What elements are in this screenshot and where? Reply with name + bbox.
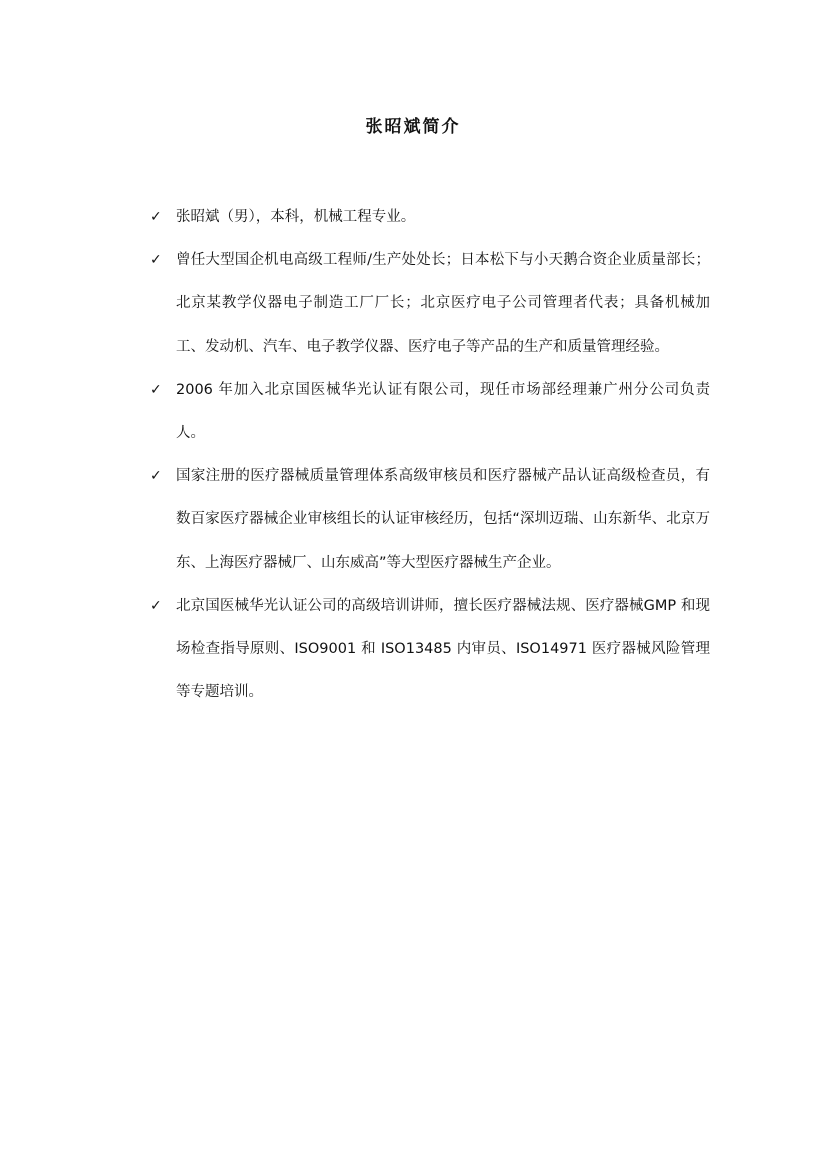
list-item: ✓ 北京国医械华光认证公司的高级培训讲师，擅长医疗器械法规、医疗器械GMP 和现… [150,585,710,715]
list-item: ✓ 2006 年加入北京国医械华光认证有限公司，现任市场部经理兼广州分公司负责人… [150,369,710,455]
list-item-text: 曾任大型国企机电高级工程师/生产处处长；日本松下与小天鹅合资企业质量部长；北京某… [176,239,710,369]
list-item-text: 国家注册的医疗器械质量管理体系高级审核员和医疗器械产品认证高级检查员，有数百家医… [176,455,710,585]
list-item-text: 2006 年加入北京国医械华光认证有限公司，现任市场部经理兼广州分公司负责人。 [176,369,710,455]
document-title: 张昭斌简介 [0,112,826,137]
check-icon: ✓ [150,196,162,239]
check-icon: ✓ [150,585,162,628]
check-icon: ✓ [150,239,162,282]
check-icon: ✓ [150,455,162,498]
bio-list: ✓ 张昭斌（男），本科，机械工程专业。 ✓ 曾任大型国企机电高级工程师/生产处处… [150,196,710,714]
list-item-text: 张昭斌（男），本科，机械工程专业。 [176,196,710,239]
list-item: ✓ 张昭斌（男），本科，机械工程专业。 [150,196,710,239]
check-icon: ✓ [150,369,162,412]
list-item-text: 北京国医械华光认证公司的高级培训讲师，擅长医疗器械法规、医疗器械GMP 和现场检… [176,585,710,715]
list-item: ✓ 曾任大型国企机电高级工程师/生产处处长；日本松下与小天鹅合资企业质量部长；北… [150,239,710,369]
list-item: ✓ 国家注册的医疗器械质量管理体系高级审核员和医疗器械产品认证高级检查员，有数百… [150,455,710,585]
